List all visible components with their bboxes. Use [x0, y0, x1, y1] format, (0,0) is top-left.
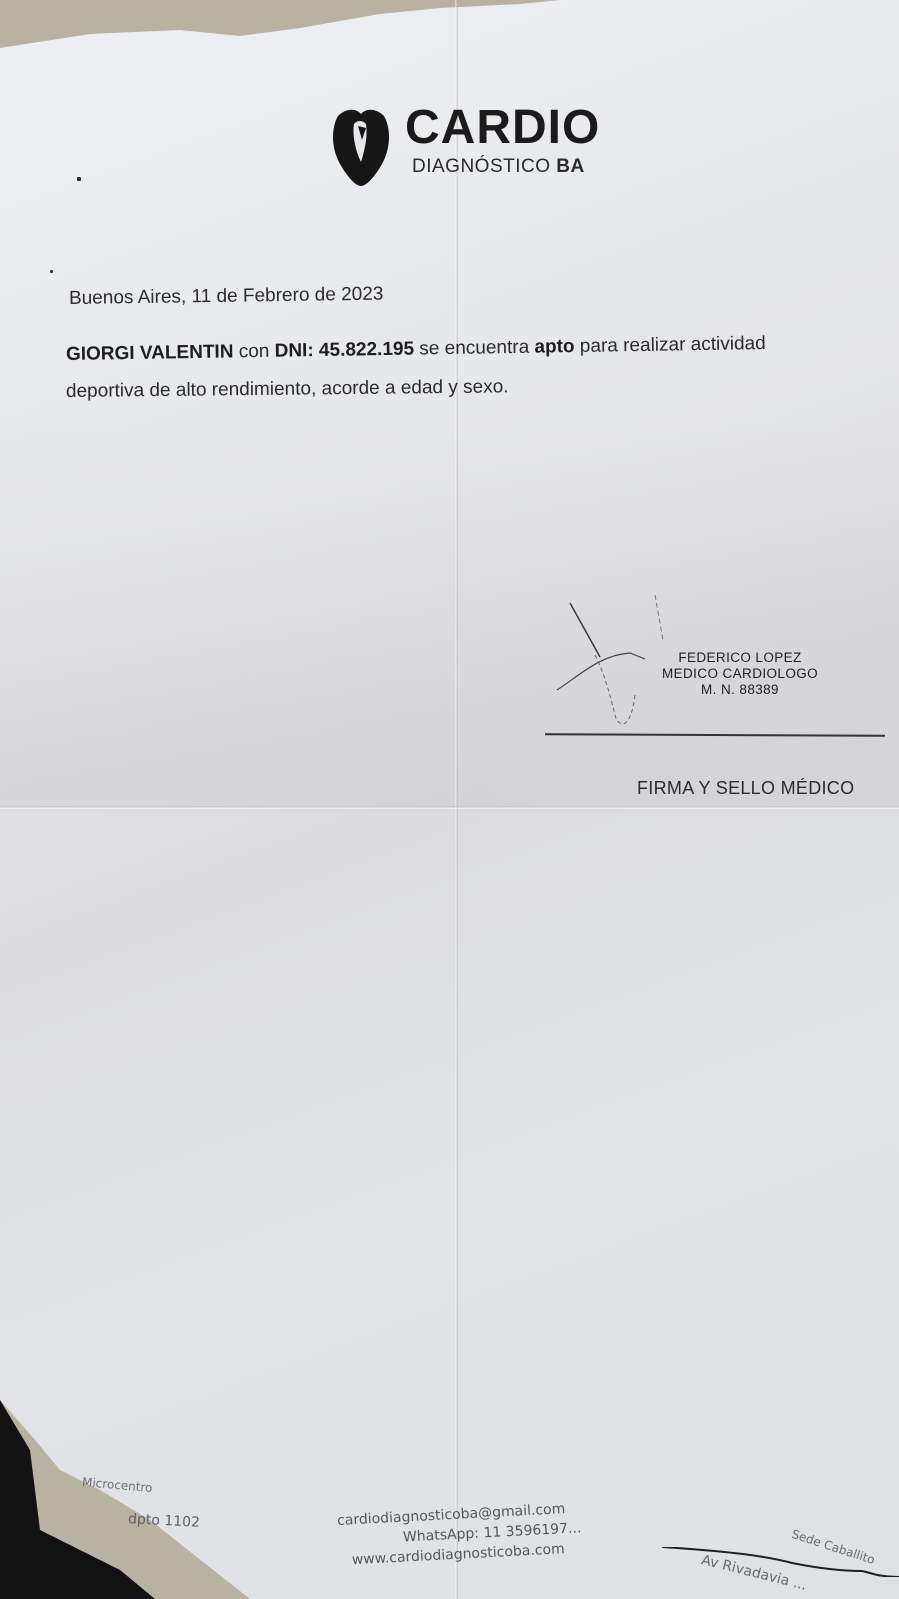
ink-speck — [50, 270, 53, 273]
heart-v-icon — [330, 106, 392, 186]
footer-contact: cardiodiagnosticoba@gmail.com WhatsApp: … — [337, 1499, 568, 1571]
date-line: Buenos Aires, 11 de Febrero de 2023 — [69, 284, 384, 310]
clinic-logo: CARDIO DIAGNÓSTICO BA — [330, 106, 630, 196]
brand-subtitle-text: DIAGNÓSTICO — [412, 156, 551, 177]
status-suffix: para realizar actividad — [574, 333, 765, 357]
certificate-line-2: deportiva de alto rendimiento, acorde a … — [66, 376, 509, 403]
status-prefix: se encuentra — [414, 337, 535, 360]
dni-number: DNI: 45.822.195 — [274, 339, 414, 362]
doctor-license: M. N. 88389 — [640, 682, 840, 698]
fitness-status: apto — [534, 336, 574, 358]
brand-title: CARDIO — [405, 100, 600, 155]
brand-suffix: BA — [556, 156, 584, 177]
doctor-stamp: FEDERICO LOPEZ MEDICO CARDIOLOGO M. N. 8… — [640, 650, 840, 698]
brand-subtitle: DIAGNÓSTICO BA — [412, 156, 585, 178]
dni-prefix: con — [233, 341, 275, 363]
doctor-name: FEDERICO LOPEZ — [640, 650, 840, 666]
footer-left-address: dpto 1102 — [128, 1511, 201, 1531]
ink-speck — [77, 177, 81, 181]
horizontal-fold-crease — [0, 806, 899, 809]
signature-caption: FIRMA Y SELLO MÉDICO — [637, 778, 854, 799]
doctor-title: MEDICO CARDIOLOGO — [640, 666, 840, 682]
paper-shadow — [0, 420, 899, 806]
vertical-fold-crease — [455, 0, 458, 1599]
patient-name: GIORGI VALENTIN — [66, 341, 234, 365]
